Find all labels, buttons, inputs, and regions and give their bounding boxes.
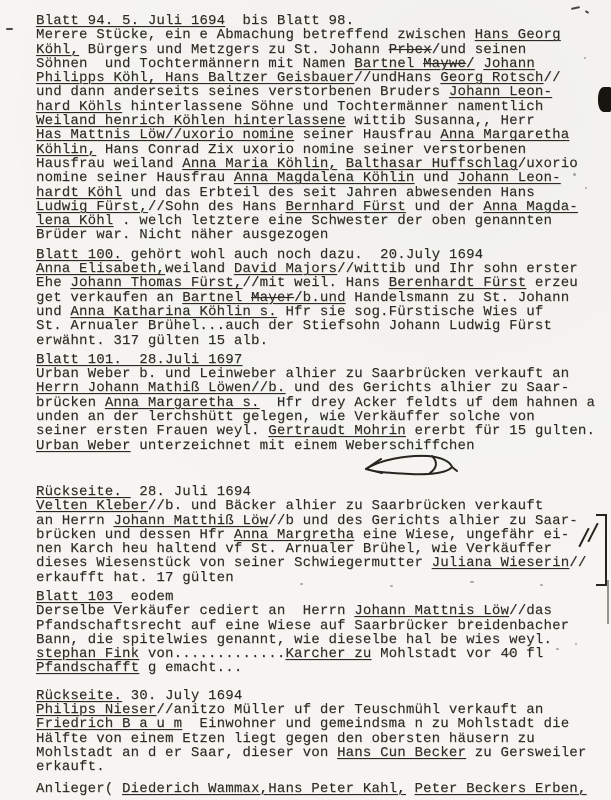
text-line: Hälfte von einem Etzen liegt gegen den o… bbox=[36, 732, 597, 746]
weaver-shuttle-sketch-icon bbox=[360, 449, 460, 483]
text-line: Brüder war. Nicht näher ausgezogen bbox=[36, 228, 597, 242]
text-segment: erkaufft hat. 17 gülten bbox=[36, 570, 234, 586]
ink-speck bbox=[390, 585, 393, 587]
text-line: dieses Wiesenstück von seiner Schwiegerm… bbox=[36, 556, 597, 570]
underlined-text: Hans Cun Becker bbox=[337, 745, 466, 761]
text-line: stephan Fink von.............Karcher zu … bbox=[36, 647, 597, 661]
text-line: brücken und dessen Hfr Anna Margretha ei… bbox=[36, 528, 597, 542]
ink-speck bbox=[556, 648, 559, 650]
ink-blob-icon bbox=[598, 87, 611, 112]
text-segment: g emacht... bbox=[139, 660, 242, 676]
text-segment: zu Gersweiler bbox=[466, 745, 586, 761]
ink-speck bbox=[575, 643, 577, 645]
text-segment: erwähnt. 317 gülten 15 alb. bbox=[36, 333, 268, 349]
text-line: nomine seiner Hausfrau Anna Magdalena Kö… bbox=[36, 171, 597, 185]
text-line: erwähnt. 317 gülten 15 alb. bbox=[36, 334, 597, 348]
underlined-text: Juliana Wieserin bbox=[432, 555, 570, 571]
text-line: brücken Anna Margaretha s. Hfr drey Acke… bbox=[36, 396, 597, 410]
text-line: Rückseite. 30. July 1694 bbox=[36, 689, 597, 703]
text-segment: // bbox=[569, 555, 586, 571]
text-line: Velten Kleber//b. und Bäcker alhier zu S… bbox=[36, 499, 597, 513]
text-line: Blatt 94. 5. Juli 1694 bis Blatt 98. bbox=[36, 14, 597, 28]
paragraph-blatt-101: Blatt 101. 28.Juli 1697Urban Weber b. un… bbox=[36, 353, 597, 453]
text-line: Köhlin, Hans Conrad Zix uxorio nomine se… bbox=[36, 143, 597, 157]
text-segment: Anlieger( bbox=[36, 781, 122, 797]
document-page: Blatt 94. 5. Juli 1694 bis Blatt 98.Mere… bbox=[0, 0, 611, 800]
text-line: Merere Stücke, ein e Abmachung betreffen… bbox=[36, 28, 597, 42]
ink-speck bbox=[470, 581, 474, 583]
underlined-text: Karcher zu bbox=[285, 646, 371, 662]
ink-speck bbox=[584, 57, 586, 59]
paragraph-blatt-94: Blatt 94. 5. Juli 1694 bis Blatt 98.Mere… bbox=[36, 14, 597, 243]
text-line: Köhl, Bürgers und Metzgers zu St. Johann… bbox=[36, 43, 597, 57]
text-line: lena Köhl . welch letztere eine Schweste… bbox=[36, 214, 597, 228]
text-line: Anna Elisabeth,weiland David Majors//wit… bbox=[36, 262, 597, 276]
underlined-text: Diederich Wammax, bbox=[122, 781, 268, 797]
text-line: und Anna Katharina Köhlin s. Hfr sie sog… bbox=[36, 305, 597, 319]
text-segment: Mohlstadt vor 40 fl bbox=[371, 646, 543, 662]
typewritten-text-block: Blatt 94. 5. Juli 1694 bis Blatt 98.Mere… bbox=[36, 14, 597, 796]
ink-speck bbox=[470, 620, 472, 622]
paragraph-blatt-100: Blatt 100. gehört wohl auch noch dazu. 2… bbox=[36, 248, 597, 348]
text-line: und dann anderseits seines verstorbenen … bbox=[36, 85, 597, 99]
text-line: Has Mattnis Löw//uxorio nomine seiner Ha… bbox=[36, 128, 597, 142]
text-line: Friedrich B a u m Einwohner und gemeinds… bbox=[36, 717, 597, 731]
text-line: Blatt 100. gehört wohl auch noch dazu. 2… bbox=[36, 248, 597, 262]
text-line: hard Köhls hinterlassene Söhne und Tocht… bbox=[36, 100, 597, 114]
text-line: Blatt 103 eodem bbox=[36, 590, 597, 604]
text-line: Anlieger( Diederich Wammax,Hans Peter Ka… bbox=[36, 782, 597, 796]
text-line: Hausfrau weiland Anna Maria Köhlin, Balt… bbox=[36, 157, 597, 171]
pencil-dash-icon bbox=[571, 6, 580, 10]
paragraph-anlieger: Anlieger( Diederich Wammax,Hans Peter Ka… bbox=[36, 782, 597, 796]
text-line: St. Arnualer Brühel...auch der Stiefsohn… bbox=[36, 319, 597, 333]
text-line: Rückseite. 28. Juli 1694 bbox=[36, 485, 597, 499]
ink-speck bbox=[573, 173, 576, 176]
text-line: an Herrn Johann Matthiß Löw//b und des G… bbox=[36, 514, 597, 528]
text-line: Pfandschaftsrecht auf eine Wiese auf Saa… bbox=[36, 619, 597, 633]
ink-speck bbox=[300, 583, 303, 585]
text-line: Philipps Köhl, Hans Baltzer Geisbauer//u… bbox=[36, 71, 597, 85]
text-line: unden an der lerchshütt gelegen, wie Ver… bbox=[36, 410, 597, 424]
paragraph-blatt-103: Blatt 103 eodemDerselbe Verkäufer cedier… bbox=[36, 590, 597, 676]
text-line: Weiland henrich Köhlen hinterlassene wit… bbox=[36, 114, 597, 128]
text-segment: erkauft. bbox=[36, 759, 105, 775]
text-line: Urban Weber unterzeichnet mit einem Webe… bbox=[36, 439, 597, 453]
underlined-text: Peter Beckers Erben, bbox=[414, 781, 586, 797]
ink-speck bbox=[452, 655, 455, 657]
underlined-text: Pfandschafft bbox=[36, 660, 139, 676]
scan-edge-mark bbox=[607, 580, 609, 624]
ink-speck bbox=[508, 652, 511, 655]
paragraph-rueckseite-30: Rückseite. 30. July 1694Philips Nieser//… bbox=[36, 689, 597, 775]
pencil-dash-icon bbox=[6, 28, 13, 30]
text-line: nen Karch heu haltend vf St. Arnualer Br… bbox=[36, 542, 597, 556]
text-line: Herrn Johann Mathiß Löwen//b. und des Ge… bbox=[36, 381, 597, 395]
text-line: Blatt 101. 28.Juli 1697 bbox=[36, 353, 597, 367]
text-line: Derselbe Verkäufer cediert an Herrn Joha… bbox=[36, 604, 597, 618]
text-line: Mohlstadt an d er Saar, dieser von Hans … bbox=[36, 746, 597, 760]
text-line: Ludwig Fürst,//Sohn des Hans Bernhard Fü… bbox=[36, 200, 597, 214]
ink-speck bbox=[540, 584, 543, 586]
text-line: Bann, die spitelwies genannt, wie diesel… bbox=[36, 633, 597, 647]
text-line: erkauft. bbox=[36, 760, 597, 774]
text-line: seiner ersten Frauen weyl. Gertraudt Moh… bbox=[36, 424, 597, 438]
text-line: get verkaufen an Bartnel Mayer/b.und Han… bbox=[36, 291, 597, 305]
text-line: Urban Weber b. und Leinweber alhier zu S… bbox=[36, 367, 597, 381]
ink-speck bbox=[585, 187, 587, 189]
text-line: Pfandschafft g emacht... bbox=[36, 661, 597, 675]
text-line: erkaufft hat. 17 gülten bbox=[36, 571, 597, 585]
text-segment: Brüder war. Nicht näher ausgezogen bbox=[36, 227, 328, 243]
underlined-text: Urban Weber bbox=[36, 438, 131, 454]
text-line: hardt Köhl und das Erbteil des seit Jahr… bbox=[36, 186, 597, 200]
underlined-text: Hans Peter Kahl, bbox=[268, 781, 406, 797]
text-line: Söhnen und Tochtermännern mit Namen Bart… bbox=[36, 57, 597, 71]
text-line: Ehe Johann Thomas Fürst,//mit weil. Hans… bbox=[36, 276, 597, 290]
text-line: Philips Nieser//anitzo Müller uf der Teu… bbox=[36, 703, 597, 717]
paragraph-rueckseite-28: Rückseite. 28. Juli 1694Velten Kleber//b… bbox=[36, 485, 597, 585]
